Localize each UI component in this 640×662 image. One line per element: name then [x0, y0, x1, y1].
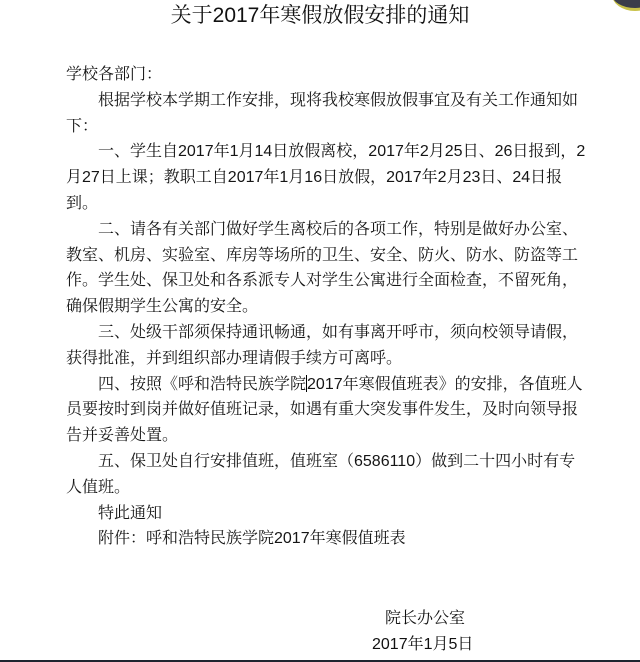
salutation: 学校各部门： — [66, 62, 586, 88]
item-2-paragraph: 二、请各有关部门做好学生离校后的各项工作，特别是做好办公室、教室、机房、实验室、… — [66, 217, 586, 320]
item-4-text-start: 四、按照《呼和浩特民族学院 — [98, 376, 306, 393]
attachment-line: 附件：呼和浩特民族学院2017年寒假值班表 — [66, 526, 586, 552]
signature-date: 2017年1月5日 — [372, 633, 473, 657]
document-body[interactable]: 学校各部门： 根据学校本学期工作安排，现将我校寒假放假事宜及有关工作通知如下： … — [66, 62, 586, 552]
item-5-paragraph: 五、保卫处自行安排值班，值班室（6586110）做到二十四小时有专人值班。 — [66, 449, 586, 501]
signature-office: 院长办公室 — [385, 607, 465, 631]
closing-line: 特此通知 — [66, 501, 586, 527]
document-title: 关于2017年寒假放假安排的通知 — [0, 2, 640, 30]
item-4-paragraph: 四、按照《呼和浩特民族学院2017年寒假值班表》的安排，各值班人员要按时到岗并做… — [66, 372, 586, 449]
item-1-paragraph: 一、学生自2017年1月14日放假离校，2017年2月25日、26日报到，2月2… — [66, 139, 586, 216]
item-3-paragraph: 三、处级干部须保持通讯畅通，如有事离开呼市，须向校领导请假，获得批准，并到组织部… — [66, 320, 586, 372]
intro-paragraph: 根据学校本学期工作安排，现将我校寒假放假事宜及有关工作通知如下： — [66, 88, 586, 140]
